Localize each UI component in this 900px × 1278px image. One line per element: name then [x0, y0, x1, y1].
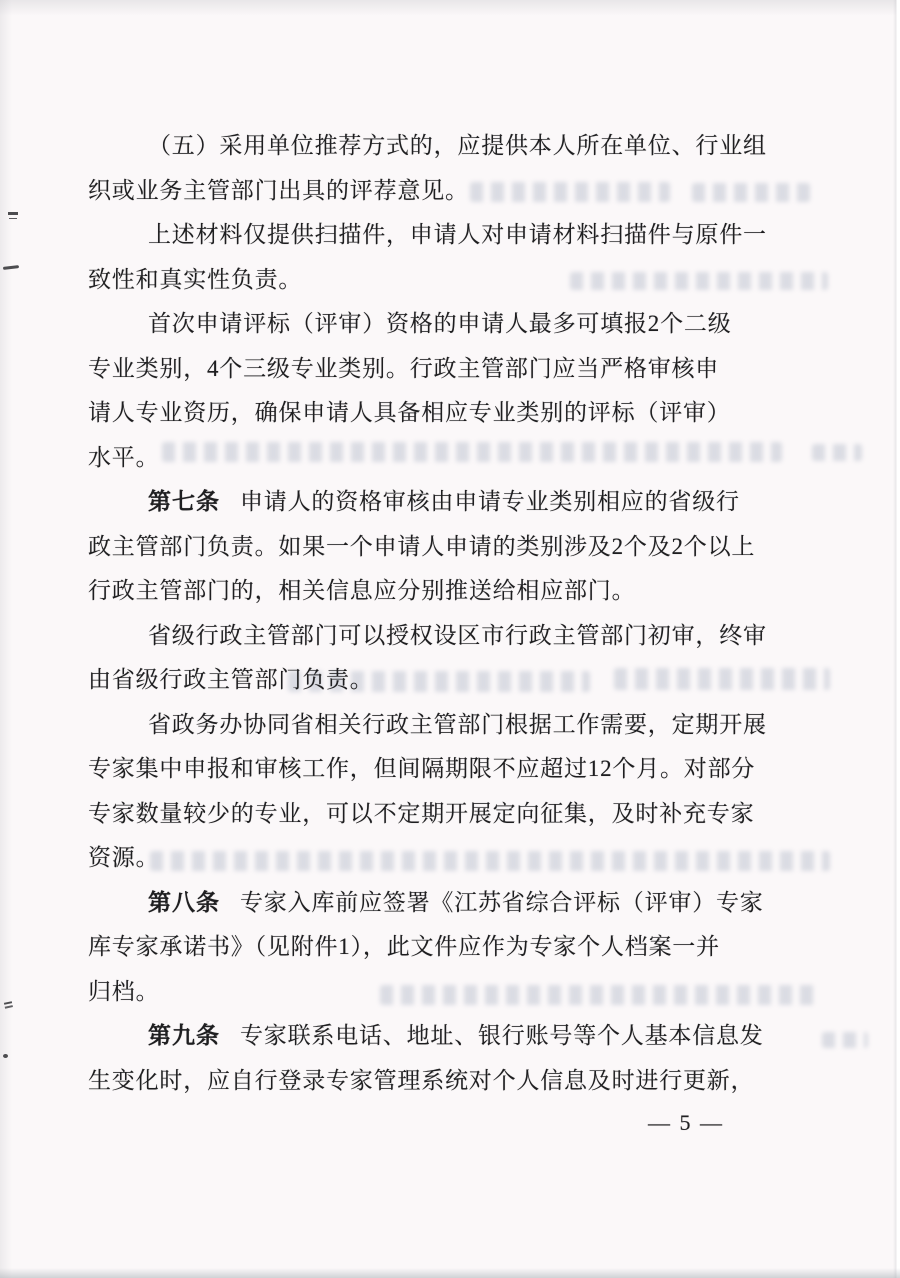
line-text: 请人专业资历，确保申请人具备相应专业类别的评标（评审）: [88, 400, 731, 425]
text-line: 资源。: [88, 836, 788, 881]
text-line: 织或业务主管部门出具的评荐意见。: [88, 169, 788, 214]
line-text: 专家入库前应签署《江苏省综合评标（评审）专家: [240, 890, 764, 915]
line-text: 专业类别，4个三级专业类别。行政主管部门应当严格审核申: [88, 356, 719, 381]
ink-speck: [8, 212, 18, 215]
scanned-document-page: （五）采用单位推荐方式的，应提供本人所在单位、行业组 织或业务主管部门出具的评荐…: [0, 0, 900, 1278]
text-line: 专业类别，4个三级专业类别。行政主管部门应当严格审核申: [88, 347, 788, 392]
line-text: 专家集中申报和审核工作，但间隔期限不应超过12个月。对部分: [88, 756, 755, 781]
line-text: 库专家承诺书》（见附件1），此文件应作为专家个人档案一并: [88, 934, 720, 959]
line-text: 水平。: [88, 445, 159, 470]
text-line: 生变化时，应自行登录专家管理系统对个人信息及时进行更新，: [88, 1059, 788, 1104]
text-line-article-7: 第七条申请人的资格审核由申请专业类别相应的省级行: [88, 480, 788, 525]
article-number: 第八条: [148, 890, 220, 915]
scan-edge-shade-right: [893, 0, 900, 1278]
line-text: 专家联系电话、地址、银行账号等个人基本信息发: [240, 1023, 764, 1048]
text-line: 首次申请评标（评审）资格的申请人最多可填报2个二级: [88, 302, 788, 347]
line-text: 生变化时，应自行登录专家管理系统对个人信息及时进行更新，: [88, 1068, 754, 1093]
text-line: 归档。: [88, 970, 788, 1015]
article-number: 第九条: [148, 1023, 220, 1048]
line-text: 省级行政主管部门可以授权设区市行政主管部门初审，终审: [148, 623, 767, 648]
line-text: 省政务办协同省相关行政主管部门根据工作需要，定期开展: [148, 712, 767, 737]
line-text: 由省级行政主管部门负责。: [88, 667, 374, 692]
text-line: 省级行政主管部门可以授权设区市行政主管部门初审，终审: [88, 614, 788, 659]
text-line: 政主管部门负责。如果一个申请人申请的类别涉及2个及2个以上: [88, 525, 788, 570]
text-line: 请人专业资历，确保申请人具备相应专业类别的评标（评审）: [88, 391, 788, 436]
text-line: 省政务办协同省相关行政主管部门根据工作需要，定期开展: [88, 703, 788, 748]
line-text: 政主管部门负责。如果一个申请人申请的类别涉及2个及2个以上: [88, 534, 755, 559]
bleedthrough-artifact: [812, 444, 862, 461]
text-line-article-8: 第八条专家入库前应签署《江苏省综合评标（评审）专家: [88, 881, 788, 926]
line-text: 专家数量较少的专业，可以不定期开展定向征集，及时补充专家: [88, 801, 754, 826]
text-line: （五）采用单位推荐方式的，应提供本人所在单位、行业组: [88, 124, 788, 169]
scan-edge-shade-left: [0, 0, 12, 1278]
scan-edge-shade-bottom: [0, 1268, 900, 1278]
line-text: 申请人的资格审核由申请专业类别相应的省级行: [240, 489, 740, 514]
line-text: 致性和真实性负责。: [88, 267, 302, 292]
text-line: 水平。: [88, 436, 788, 481]
text-line: 库专家承诺书》（见附件1），此文件应作为专家个人档案一并: [88, 925, 788, 970]
text-line: 行政主管部门的，相关信息应分别推送给相应部门。: [88, 569, 788, 614]
line-text: （五）采用单位推荐方式的，应提供本人所在单位、行业组: [148, 133, 767, 158]
line-text: 行政主管部门的，相关信息应分别推送给相应部门。: [88, 578, 635, 603]
text-line: 专家集中申报和审核工作，但间隔期限不应超过12个月。对部分: [88, 747, 788, 792]
text-line-article-9: 第九条专家联系电话、地址、银行账号等个人基本信息发: [88, 1014, 788, 1059]
text-line: 由省级行政主管部门负责。: [88, 658, 788, 703]
ink-speck: [3, 1054, 8, 1058]
scan-edge-shade-top: [0, 0, 900, 16]
line-text: 资源。: [88, 845, 159, 870]
bleedthrough-artifact: [822, 1032, 868, 1048]
page-number: — 5 —: [648, 1110, 724, 1136]
article-number: 第七条: [148, 489, 220, 514]
text-line: 致性和真实性负责。: [88, 258, 788, 303]
line-text: 首次申请评标（评审）资格的申请人最多可填报2个二级: [148, 311, 732, 336]
text-line: 上述材料仅提供扫描件，申请人对申请材料扫描件与原件一: [88, 213, 788, 258]
line-text: 上述材料仅提供扫描件，申请人对申请材料扫描件与原件一: [148, 222, 767, 247]
line-text: 归档。: [88, 979, 159, 1004]
line-text: 织或业务主管部门出具的评荐意见。: [88, 178, 469, 203]
document-body: （五）采用单位推荐方式的，应提供本人所在单位、行业组 织或业务主管部门出具的评荐…: [88, 124, 788, 1103]
text-line: 专家数量较少的专业，可以不定期开展定向征集，及时补充专家: [88, 792, 788, 837]
